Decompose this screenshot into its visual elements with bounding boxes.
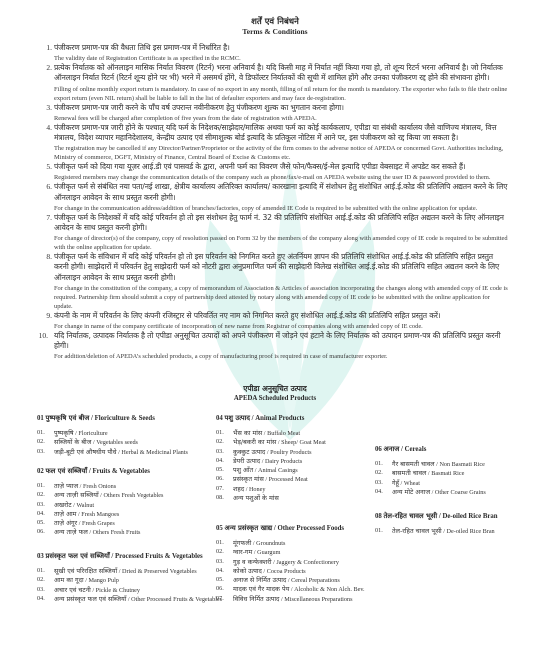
product-item: 02.भेड़/बकरी का मांस / Sheep/ Goat Meat: [216, 438, 386, 447]
category-heading: 06 अनाज / Cereals: [375, 445, 510, 454]
product-item: 02.ग्वार-गम / Guargum: [216, 548, 386, 557]
term-item: 1.पंजीकरण प्रमाण-पत्र की वैधता तिथि इस प…: [38, 43, 508, 63]
schedule-title-english: APEDA Scheduled Products: [0, 395, 550, 402]
product-item: 02.सब्जियों के बीज / Vegetables seeds: [37, 438, 227, 447]
category-heading: 08 तेल-रहित चावल भूसी / De-oiled Rice Br…: [375, 512, 510, 521]
product-item: 06.अन्य ताज़े फल / Others Fresh Fruits: [37, 528, 227, 537]
product-item: 04.अन्य प्रसंस्कृत फल एवं सब्जियाँ / Oth…: [37, 595, 232, 604]
term-text-hindi: पंजीकृत फर्म से संबंधित नया पता/नई शाखा,…: [54, 182, 508, 202]
product-item: 07.शहद / Honey: [216, 485, 386, 494]
term-text-hindi: पंजीकरण प्रमाण-पत्र की वैधता तिथि इस प्र…: [54, 43, 508, 53]
term-text-english: Registered members may change the commun…: [54, 173, 508, 182]
category-04: 04 पशु उत्पाद / Animal Products01.भैंस क…: [216, 414, 386, 503]
term-number: 8.: [38, 252, 52, 262]
terms-title-hindi: शर्तें एवं निबंधने: [0, 16, 550, 27]
term-text-english: Renewal fees will be charged after compl…: [54, 114, 508, 123]
term-item: 3.पंजीकरण प्रमाण-पत्र जारी करने के पाँच …: [38, 103, 508, 123]
term-text-english: Filling of online monthly export return …: [54, 85, 508, 103]
product-item: 04.ताज़े आम / Fresh Mangoes: [37, 510, 227, 519]
product-item: 06.मादक एवं गैर मादक पेय / Alcoholic & N…: [216, 585, 386, 594]
category-heading: 04 पशु उत्पाद / Animal Products: [216, 414, 386, 423]
term-item: 7.पंजीकृत फर्म के निदेशकों में यदि कोई प…: [38, 213, 508, 252]
category-05: 05 अन्य प्रसंस्कृत खाद्य / Other Process…: [216, 524, 386, 604]
product-item: 01.गैर बासमती चावल / Non Basmati Rice: [375, 460, 510, 469]
term-text-english: For change in name of the company certif…: [54, 322, 508, 331]
term-item: 10.यदि निर्यातक, उत्पादक निर्यातक है तो …: [38, 331, 508, 361]
category-02: 02 फल एवं सब्जियाँ / Fruits & Vegetables…: [37, 467, 227, 538]
category-heading: 02 फल एवं सब्जियाँ / Fruits & Vegetables: [37, 467, 227, 476]
term-text-hindi: पंजीकरण प्रमाण-पत्र जारी करने के पाँच वर…: [54, 103, 508, 113]
term-text-english: For change in the constitution of the co…: [54, 284, 508, 311]
term-item: 4.पंजीकरण प्रमाण-पत्र जारी होने के पश्चा…: [38, 123, 508, 162]
category-01: 01 पुष्पकृषि एवं बीज / Floriculture & Se…: [37, 414, 227, 457]
product-item: 04.कोको उत्पाद / Cocoa Products: [216, 567, 386, 576]
term-item: 6.पंजीकृत फर्म से संबंधित नया पता/नई शाख…: [38, 182, 508, 212]
category-heading: 05 अन्य प्रसंस्कृत खाद्य / Other Process…: [216, 524, 386, 533]
product-item: 01.सूखी एवं परिरक्षित सब्जियाँ / Dried &…: [37, 567, 232, 576]
product-item: 08.अन्य पशुओं के मांस: [216, 494, 386, 503]
term-text-hindi: पंजीकृत फर्म को दिया गया यूज़र आई.डी एवं…: [54, 162, 508, 172]
term-text-english: For change of director(s) of the company…: [54, 234, 508, 252]
term-text-english: The validity date of Registration Certif…: [54, 54, 508, 63]
term-number: 6.: [38, 182, 52, 192]
product-item: 01.तेल-रहित चावल भूसी / De-oiled Rice Br…: [375, 527, 510, 536]
schedule-title-hindi: एपीडा अनुसूचित उत्पाद: [0, 384, 550, 394]
product-item: 03.अचार एवं चटनी / Pickle & Chutney: [37, 586, 232, 595]
term-number: 2.: [38, 63, 52, 73]
category-06: 06 अनाज / Cereals01.गैर बासमती चावल / No…: [375, 445, 510, 497]
product-item: 03.गेहूँ / Wheat: [375, 479, 510, 488]
terms-list: 1.पंजीकरण प्रमाण-पत्र की वैधता तिथि इस प…: [38, 43, 508, 361]
term-item: 8.पंजीकृत फर्म के संविधान में यदि कोई पर…: [38, 252, 508, 311]
term-text-english: For addition/deletion of APEDA’s schedul…: [54, 352, 508, 361]
product-item: 03.कुक्कुट उत्पाद / Poultry Products: [216, 448, 386, 457]
category-heading: 01 पुष्पकृषि एवं बीज / Floriculture & Se…: [37, 414, 227, 423]
product-item: 01.मूंगफली / Groundnuts: [216, 539, 386, 548]
product-item: 03.गुड़ व कन्फेक्शरी / Jaggery & Confect…: [216, 558, 386, 567]
term-text-hindi: प्रत्येक निर्यातक को ऑनलाइन मासिक निर्या…: [54, 63, 508, 83]
term-number: 10.: [34, 331, 48, 341]
product-item: 07.विविध निर्मित उत्पाद / Miscellaneous …: [216, 595, 386, 604]
product-item: 02.बासमती चावल / Basmati Rice: [375, 469, 510, 478]
term-item: 2.प्रत्येक निर्यातक को ऑनलाइन मासिक निर्…: [38, 63, 508, 102]
category-heading: 03 प्रसंस्कृत फल एवं सब्जियाँ / Processe…: [37, 552, 232, 561]
term-item: 5.पंजीकृत फर्म को दिया गया यूज़र आई.डी ए…: [38, 162, 508, 182]
term-text-hindi: कंपनी के नाम में परिवर्तन के लिए कंपनी र…: [54, 311, 508, 321]
term-number: 1.: [38, 43, 52, 53]
term-number: 5.: [38, 162, 52, 172]
product-item: 05.पशु आँत / Animal Casings: [216, 466, 386, 475]
product-item: 04.डेयरी उत्पाद / Dairy Products: [216, 457, 386, 466]
product-item: 03.जड़ी-बूटी एवं औषधीय पौधे / Herbal & M…: [37, 448, 227, 457]
category-03: 03 प्रसंस्कृत फल एवं सब्जियाँ / Processe…: [37, 552, 232, 604]
term-text-english: The registration may be cancelled if any…: [54, 144, 508, 162]
product-item: 02.अन्य ताज़ी सब्जियाँ / Others Fresh Ve…: [37, 491, 227, 500]
product-item: 03.अखरोट / Walnut: [37, 501, 227, 510]
product-item: 06.प्रसंस्कृत मांस / Processed Meat: [216, 475, 386, 484]
product-item: 05.ताज़े अंगूर / Fresh Grapes: [37, 519, 227, 528]
product-item: 01.ताज़े प्याज / Fresh Onions: [37, 482, 227, 491]
category-08: 08 तेल-रहित चावल भूसी / De-oiled Rice Br…: [375, 512, 510, 536]
terms-title-english: Terms & Conditions: [0, 27, 550, 36]
term-number: 7.: [38, 213, 52, 223]
term-text-hindi: पंजीकरण प्रमाण-पत्र जारी होने के पश्चात्…: [54, 123, 508, 143]
product-item: 02.आम का गूदा / Mango Pulp: [37, 576, 232, 585]
term-text-english: For change in the communication address/…: [54, 204, 508, 213]
product-item: 04.अन्य मोटे अनाज / Other Coarse Grains: [375, 488, 510, 497]
term-number: 4.: [38, 123, 52, 133]
product-item: 01.भैंस का मांस / Buffalo Meat: [216, 429, 386, 438]
term-number: 9.: [38, 311, 52, 321]
term-text-hindi: यदि निर्यातक, उत्पादक निर्यातक है तो एपी…: [54, 331, 508, 351]
product-item: 05.अनाज से निर्मित उत्पाद / Cereal Prepa…: [216, 576, 386, 585]
term-text-hindi: पंजीकृत फर्म के निदेशकों में यदि कोई परि…: [54, 213, 508, 233]
term-item: 9.कंपनी के नाम में परिवर्तन के लिए कंपनी…: [38, 311, 508, 331]
product-item: 01.पुष्पकृषि / Floriculture: [37, 429, 227, 438]
term-number: 3.: [38, 103, 52, 113]
term-text-hindi: पंजीकृत फर्म के संविधान में यदि कोई परिव…: [54, 252, 508, 283]
